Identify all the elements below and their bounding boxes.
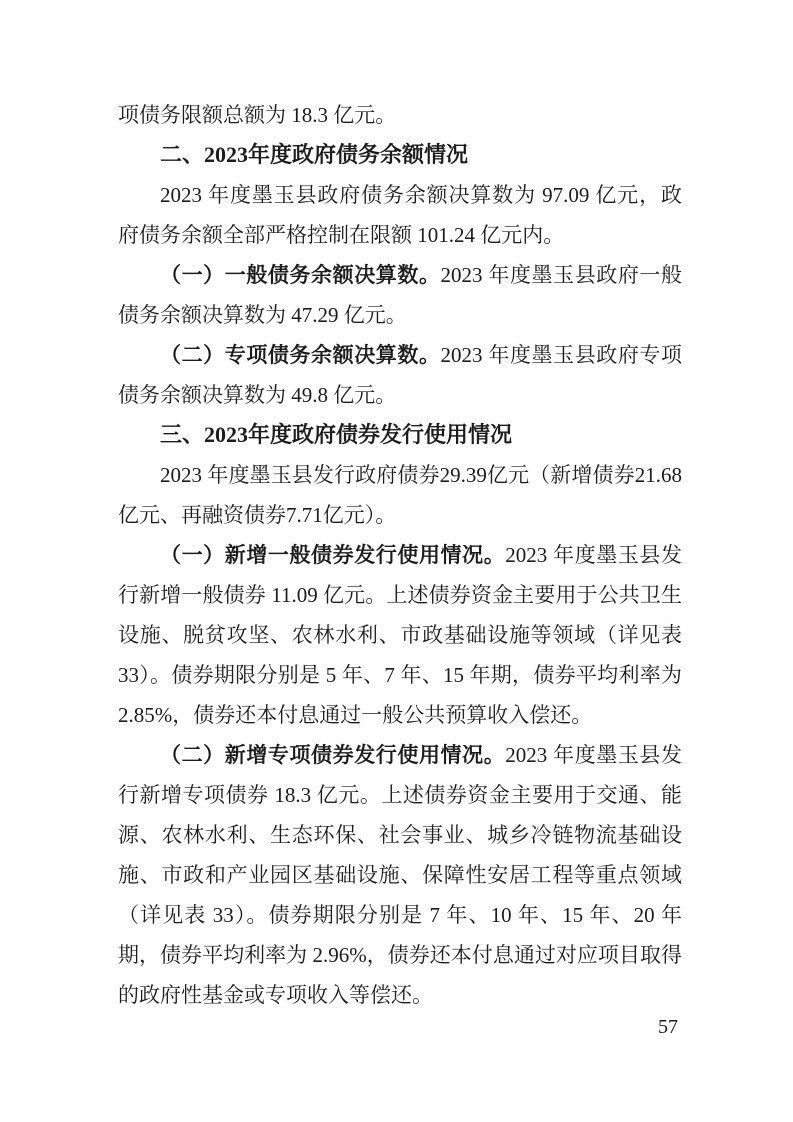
section-heading: 二、2023年度政府债务余额情况 (118, 135, 682, 175)
paragraph: 2023 年度墨玉县政府债务余额决算数为 97.09 亿元，政府债务余额全部严格… (118, 175, 682, 255)
paragraph-text: 2023 年度墨玉县发行新增一般债券 11.09 亿元。上述债券资金主要用于公共… (118, 543, 682, 727)
paragraph-bold-lead: （一）新增一般债券发行使用情况。 (160, 543, 505, 567)
heading-text: 三、2023年度政府债券发行使用情况 (160, 422, 512, 447)
paragraph-bold-lead: （二）新增专项债券发行使用情况。 (160, 743, 505, 767)
document-page: 项债务限额总额为 18.3 亿元。 二、2023年度政府债务余额情况 2023 … (0, 0, 793, 1122)
paragraph-text: 2023 年度墨玉县发行新增专项债券 18.3 亿元。上述债券资金主要用于交通、… (118, 743, 682, 1007)
section-heading: 三、2023年度政府债券发行使用情况 (118, 415, 682, 455)
page-number: 57 (118, 1014, 678, 1040)
document-body: 项债务限额总额为 18.3 亿元。 二、2023年度政府债务余额情况 2023 … (118, 95, 682, 1015)
heading-text: 二、2023年度政府债务余额情况 (160, 142, 468, 167)
paragraph-text: 项债务限额总额为 18.3 亿元。 (118, 103, 396, 127)
paragraph-bold-lead: （一）一般债务余额决算数。 (160, 263, 441, 287)
paragraph-bold-lead: （二）专项债务余额决算数。 (160, 343, 441, 367)
paragraph-text: 2023 年度墨玉县政府债务余额决算数为 97.09 亿元，政府债务余额全部严格… (118, 183, 682, 247)
paragraph: （一）新增一般债券发行使用情况。2023 年度墨玉县发行新增一般债券 11.09… (118, 535, 682, 735)
paragraph: （二）新增专项债券发行使用情况。2023 年度墨玉县发行新增专项债券 18.3 … (118, 735, 682, 1015)
paragraph: （二）专项债务余额决算数。2023 年度墨玉县政府专项债务余额决算数为 49.8… (118, 335, 682, 415)
paragraph: 2023 年度墨玉县发行政府债券29.39亿元（新增债券21.68亿元、再融资债… (118, 455, 682, 535)
paragraph: （一）一般债务余额决算数。2023 年度墨玉县政府一般债务余额决算数为 47.2… (118, 255, 682, 335)
paragraph-text: 2023 年度墨玉县发行政府债券29.39亿元（新增债券21.68亿元、再融资债… (118, 463, 682, 527)
paragraph-continuation: 项债务限额总额为 18.3 亿元。 (118, 95, 682, 135)
